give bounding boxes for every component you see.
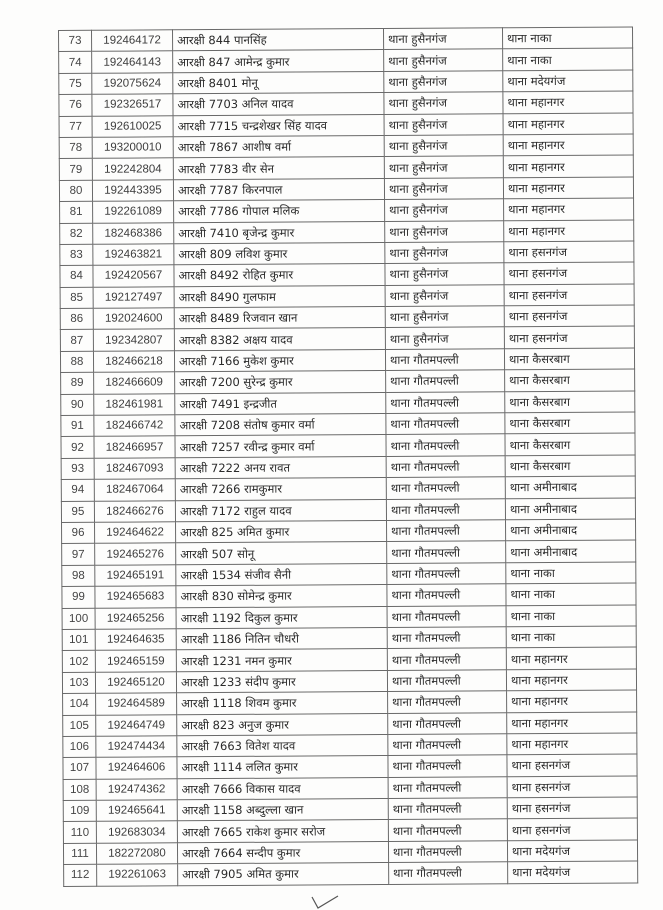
to-station-cell: थाना महानगर [504, 198, 634, 220]
to-station-cell: थाना मदेयगंज [503, 70, 633, 92]
table-row: 79192242804आरक्षी 7783 वीर सेनथाना हुसैन… [59, 155, 633, 180]
serial-number-cell: 78 [59, 137, 92, 159]
to-station-cell: थाना हसनगंज [504, 284, 634, 306]
table-row: 108192474362आरक्षी 7666 विकास यादवथाना ग… [63, 776, 637, 801]
to-station-cell: थाना अमीनाबाद [505, 476, 635, 498]
serial-number-cell: 75 [59, 73, 92, 95]
from-station-cell: थाना गौतमपल्ली [386, 370, 505, 392]
pno-cell: 182466609 [94, 372, 175, 394]
serial-number-cell: 79 [59, 159, 92, 181]
pno-cell: 192465641 [96, 800, 177, 822]
serial-number-cell: 108 [63, 779, 96, 801]
to-station-cell: थाना हसनगंज [507, 797, 637, 819]
to-station-cell: थाना महानगर [506, 647, 636, 669]
constable-name-cell: आरक्षी 7200 सुरेन्द्र कुमार [175, 371, 386, 394]
serial-number-cell: 97 [62, 544, 95, 566]
serial-number-cell: 98 [62, 565, 95, 587]
to-station-cell: थाना हसनगंज [504, 262, 634, 284]
to-station-cell: थाना कैसरबाग [505, 433, 635, 455]
from-station-cell: थाना हुसैनगंज [384, 92, 503, 114]
constable-name-cell: आरक्षी 1158 अब्दुल्ला खान [177, 799, 388, 822]
pno-cell: 192464143 [92, 51, 173, 73]
table-row: 110192683034आरक्षी 7665 राकेश कुमार सरोज… [63, 818, 637, 843]
pno-cell: 192464172 [92, 30, 173, 52]
constable-name-cell: आरक्षी 1114 ललित कुमार [177, 756, 388, 779]
pno-cell: 182272080 [96, 843, 177, 865]
table-row: 103192465120आरक्षी 1233 संदीप कुमारथाना … [62, 669, 636, 694]
table-row: 96192464622आरक्षी 825 अमित कुमारथाना गौत… [62, 519, 636, 544]
to-station-cell: थाना महानगर [507, 690, 637, 712]
constable-name-cell: आरक्षी 825 अमित कुमार [176, 520, 387, 543]
from-station-cell: थाना गौतमपल्ली [387, 605, 506, 627]
transfer-table: 73192464172आरक्षी 844 पानसिंहथाना हुसैनग… [58, 26, 638, 886]
serial-number-cell: 76 [59, 94, 92, 116]
pno-cell: 192127497 [93, 286, 174, 308]
constable-name-cell: आरक्षी 7166 मुकेश कुमार [174, 349, 385, 372]
table-row: 76192326517आरक्षी 7703 अनिल यादवथाना हुस… [59, 91, 633, 116]
from-station-cell: थाना गौतमपल्ली [387, 627, 506, 649]
constable-name-cell: आरक्षी 7410 बृजेन्द्र कुमार [174, 221, 385, 244]
serial-number-cell: 105 [63, 715, 96, 737]
from-station-cell: थाना हुसैनगंज [384, 71, 503, 93]
table-row: 75192075624आरक्षी 8401 मोनूथाना हुसैनगंज… [59, 70, 633, 95]
serial-number-cell: 86 [60, 308, 93, 330]
constable-name-cell: आरक्षी 7172 राहुल यादव [175, 499, 386, 522]
from-station-cell: थाना गौतमपल्ली [386, 456, 505, 478]
pno-cell: 192464606 [96, 757, 177, 779]
constable-name-cell: आरक्षी 7663 वितेश यादव [177, 734, 388, 757]
pno-cell: 182466742 [94, 415, 175, 437]
serial-number-cell: 88 [60, 351, 93, 373]
constable-name-cell: आरक्षी 1186 नितिन चौधरी [176, 627, 387, 650]
to-station-cell: थाना कैसरबाग [505, 412, 635, 434]
serial-number-cell: 104 [63, 693, 96, 715]
constable-name-cell: आरक्षी 7208 संतोष कुमार वर्मा [175, 414, 386, 437]
from-station-cell: थाना हुसैनगंज [385, 284, 504, 306]
constable-name-cell: आरक्षी 1118 शिवम कुमार [177, 692, 388, 715]
to-station-cell: थाना महानगर [503, 113, 633, 135]
table-row: 92182466957आरक्षी 7257 रवीन्द्र कुमार वर… [61, 433, 635, 458]
to-station-cell: थाना कैसरबाग [504, 348, 634, 370]
table-row: 86192024600आरक्षी 8489 रिजवान खानथाना हु… [60, 305, 634, 330]
serial-number-cell: 83 [60, 244, 93, 266]
from-station-cell: थाना हुसैनगंज [383, 28, 502, 50]
constable-name-cell: आरक्षी 7715 चन्द्रशेखर सिंह यादव [173, 114, 384, 137]
to-station-cell: थाना अमीनाबाद [506, 540, 636, 562]
to-station-cell: थाना कैसरबाग [505, 369, 635, 391]
pno-cell: 192474362 [96, 778, 177, 800]
serial-number-cell: 74 [59, 52, 92, 74]
serial-number-cell: 109 [63, 800, 96, 822]
constable-name-cell: आरक्षी 8490 गुलफाम [174, 285, 385, 308]
constable-name-cell: आरक्षी 7867 आशीष वर्मा [173, 135, 384, 158]
pno-cell: 192261063 [97, 864, 178, 886]
constable-name-cell: आरक्षी 7786 गोपाल मलिक [174, 200, 385, 223]
to-station-cell: थाना महानगर [507, 733, 637, 755]
serial-number-cell: 93 [61, 458, 94, 480]
pno-cell: 192242804 [92, 158, 173, 180]
table-row: 99192465683आरक्षी 830 सोमेन्द्र कुमारथान… [62, 583, 636, 608]
constable-name-cell: आरक्षी 8489 रिजवान खान [174, 307, 385, 330]
pno-cell: 192420567 [93, 265, 174, 287]
signature-tick-icon [310, 893, 340, 910]
serial-number-cell: 85 [60, 287, 93, 309]
pno-cell: 182467064 [94, 479, 175, 501]
serial-number-cell: 103 [62, 672, 95, 694]
table-row: 111182272080आरक्षी 7664 सन्दीप कुमारथाना… [63, 840, 637, 865]
table-row: 101192464635आरक्षी 1186 नितिन चौधरीथाना … [62, 626, 636, 651]
table-row: 93182467093आरक्षी 7222 अनय रावतथाना गौतम… [61, 455, 635, 480]
to-station-cell: थाना अमीनाबाद [505, 498, 635, 520]
from-station-cell: थाना गौतमपल्ली [388, 841, 507, 863]
pno-cell: 182466218 [93, 351, 174, 373]
pno-cell: 192683034 [96, 821, 177, 843]
scanned-document-page: 73192464172आरक्षी 844 पानसिंहथाना हुसैनग… [0, 0, 663, 910]
pno-cell: 192024600 [93, 308, 174, 330]
to-station-cell: थाना अमीनाबाद [506, 519, 636, 541]
serial-number-cell: 81 [60, 201, 93, 223]
pno-cell: 192342807 [93, 329, 174, 351]
pno-cell: 192464589 [96, 693, 177, 715]
to-station-cell: थाना नाका [503, 48, 633, 70]
table-row: 81192261089आरक्षी 7786 गोपाल मलिकथाना हु… [60, 198, 634, 223]
from-station-cell: थाना गौतमपल्ली [388, 798, 507, 820]
serial-number-cell: 96 [62, 522, 95, 544]
table-row: 78193200010आरक्षी 7867 आशीष वर्माथाना हु… [59, 134, 633, 159]
from-station-cell: थाना गौतमपल्ली [389, 862, 508, 884]
constable-name-cell: आरक्षी 7222 अनय रावत [175, 456, 386, 479]
pno-cell: 182461981 [94, 393, 175, 415]
constable-name-cell: आरक्षी 507 सोनू [176, 542, 387, 565]
from-station-cell: थाना गौतमपल्ली [388, 734, 507, 756]
to-station-cell: थाना हसनगंज [504, 241, 634, 263]
table-row: 95182466276आरक्षी 7172 राहुल यादवथाना गौ… [61, 498, 635, 523]
serial-number-cell: 110 [63, 822, 96, 844]
from-station-cell: थाना गौतमपल्ली [387, 669, 506, 691]
constable-name-cell: आरक्षी 7664 सन्दीप कुमार [177, 841, 388, 864]
pno-cell: 192465683 [95, 586, 176, 608]
table-row: 104192464589आरक्षी 1118 शिवम कुमारथाना ग… [63, 690, 637, 715]
constable-name-cell: आरक्षी 8401 मोनू [173, 71, 384, 94]
serial-number-cell: 80 [59, 180, 92, 202]
table-row: 87192342807आरक्षी 8382 अक्षय यादवथाना हु… [60, 326, 634, 351]
to-station-cell: थाना महानगर [503, 134, 633, 156]
serial-number-cell: 87 [60, 330, 93, 352]
constable-name-cell: आरक्षी 7257 रवीन्द्र कुमार वर्मा [175, 435, 386, 458]
table-row: 77192610025आरक्षी 7715 चन्द्रशेखर सिंह य… [59, 113, 633, 138]
table-row: 107192464606आरक्षी 1114 ललित कुमारथाना ग… [63, 754, 637, 779]
from-station-cell: थाना गौतमपल्ली [386, 434, 505, 456]
from-station-cell: थाना गौतमपल्ली [388, 776, 507, 798]
from-station-cell: थाना हुसैनगंज [385, 263, 504, 285]
from-station-cell: थाना हुसैनगंज [385, 242, 504, 264]
table-row: 94182467064आरक्षी 7266 रामकुमारथाना गौतम… [61, 476, 635, 501]
constable-name-cell: आरक्षी 809 लविश कुमार [174, 242, 385, 265]
serial-number-cell: 106 [63, 736, 96, 758]
to-station-cell: थाना नाका [502, 27, 632, 49]
pno-cell: 192261089 [93, 201, 174, 223]
to-station-cell: थाना हसनगंज [504, 326, 634, 348]
pno-cell: 192075624 [92, 73, 173, 95]
constable-name-cell: आरक्षी 7666 विकास यादव [177, 777, 388, 800]
table-row: 89182466609आरक्षी 7200 सुरेन्द्र कुमारथा… [61, 369, 635, 394]
serial-number-cell: 111 [63, 843, 96, 865]
constable-name-cell: आरक्षी 7783 वीर सेन [173, 157, 384, 180]
from-station-cell: थाना हुसैनगंज [384, 135, 503, 157]
constable-name-cell: आरक्षी 847 आमेन्द्र कुमार [173, 50, 384, 73]
table-row: 74192464143आरक्षी 847 आमेन्द्र कुमारथाना… [59, 48, 633, 73]
from-station-cell: थाना गौतमपल्ली [385, 349, 504, 371]
pno-cell: 192464622 [95, 522, 176, 544]
table-row: 85192127497आरक्षी 8490 गुलफामथाना हुसैनग… [60, 284, 634, 309]
to-station-cell: थाना नाका [506, 583, 636, 605]
table-row: 102192465159आरक्षी 1231 नमन कुमारथाना गौ… [62, 647, 636, 672]
pno-cell: 182466276 [94, 500, 175, 522]
table-row: 109192465641आरक्षी 1158 अब्दुल्ला खानथान… [63, 797, 637, 822]
constable-name-cell: आरक्षी 844 पानसिंह [173, 29, 384, 52]
to-station-cell: थाना हसनगंज [507, 818, 637, 840]
from-station-cell: थाना गौतमपल्ली [386, 477, 505, 499]
serial-number-cell: 82 [60, 223, 93, 245]
to-station-cell: थाना मदेयगंज [507, 840, 637, 862]
to-station-cell: थाना कैसरबाग [505, 455, 635, 477]
to-station-cell: थाना नाका [506, 562, 636, 584]
serial-number-cell: 84 [60, 266, 93, 288]
pno-cell: 193200010 [92, 137, 173, 159]
from-station-cell: थाना गौतमपल्ली [387, 520, 506, 542]
pno-cell: 192610025 [92, 115, 173, 137]
pno-cell: 182466957 [94, 436, 175, 458]
serial-number-cell: 94 [61, 479, 94, 501]
to-station-cell: थाना कैसरबाग [505, 391, 635, 413]
serial-number-cell: 95 [61, 501, 94, 523]
from-station-cell: थाना हुसैनगंज [385, 199, 504, 221]
from-station-cell: थाना हुसैनगंज [385, 220, 504, 242]
to-station-cell: थाना महानगर [503, 177, 633, 199]
pno-cell: 192326517 [92, 94, 173, 116]
table-row: 97192465276आरक्षी 507 सोनूथाना गौतमपल्ली… [62, 540, 636, 565]
pno-cell: 192463821 [93, 244, 174, 266]
constable-name-cell: आरक्षी 8382 अक्षय यादव [174, 328, 385, 351]
serial-number-cell: 73 [59, 30, 92, 52]
serial-number-cell: 91 [61, 415, 94, 437]
to-station-cell: थाना नाका [506, 626, 636, 648]
constable-name-cell: आरक्षी 7703 अनिल यादव [173, 93, 384, 116]
from-station-cell: थाना हुसैनगंज [385, 306, 504, 328]
to-station-cell: थाना महानगर [506, 669, 636, 691]
serial-number-cell: 89 [61, 373, 94, 395]
from-station-cell: थाना हुसैनगंज [385, 327, 504, 349]
table-row: 91182466742आरक्षी 7208 संतोष कुमार वर्मा… [61, 412, 635, 437]
constable-name-cell: आरक्षी 7266 रामकुमार [175, 478, 386, 501]
from-station-cell: थाना गौतमपल्ली [387, 541, 506, 563]
constable-name-cell: आरक्षी 1534 संजीव सैनी [176, 563, 387, 586]
from-station-cell: थाना गौतमपल्ली [386, 413, 505, 435]
to-station-cell: थाना महानगर [504, 220, 634, 242]
table-row: 100192465256आरक्षी 1192 दिकुल कुमारथाना … [62, 605, 636, 630]
from-station-cell: थाना हुसैनगंज [384, 49, 503, 71]
pno-cell: 192464749 [96, 714, 177, 736]
to-station-cell: थाना हसनगंज [507, 776, 637, 798]
pno-cell: 192465191 [95, 565, 176, 587]
constable-name-cell: आरक्षी 7491 इन्द्रजीत [175, 392, 386, 415]
constable-name-cell: आरक्षी 1233 संदीप कुमार [176, 670, 387, 693]
serial-number-cell: 99 [62, 586, 95, 608]
from-station-cell: थाना गौतमपल्ली [388, 691, 507, 713]
serial-number-cell: 90 [61, 394, 94, 416]
pno-cell: 182468386 [93, 222, 174, 244]
to-station-cell: थाना मदेयगंज [508, 861, 638, 883]
constable-name-cell: आरक्षी 1192 दिकुल कुमार [176, 606, 387, 629]
constable-name-cell: आरक्षी 7905 अमित कुमार [178, 863, 389, 886]
from-station-cell: थाना गौतमपल्ली [387, 584, 506, 606]
to-station-cell: थाना महानगर [507, 711, 637, 733]
table-row: 88182466218आरक्षी 7166 मुकेश कुमारथाना ग… [60, 348, 634, 373]
from-station-cell: थाना गौतमपल्ली [388, 755, 507, 777]
pno-cell: 192465256 [95, 607, 176, 629]
serial-number-cell: 101 [62, 629, 95, 651]
table-row: 105192464749आरक्षी 823 अनुज कुमारथाना गौ… [63, 711, 637, 736]
pno-cell: 192443395 [92, 180, 173, 202]
constable-name-cell: आरक्षी 7787 किरनपाल [173, 178, 384, 201]
pno-cell: 192465120 [95, 672, 176, 694]
serial-number-cell: 102 [62, 651, 95, 673]
table-row: 90182461981आरक्षी 7491 इन्द्रजीतथाना गौत… [61, 391, 635, 416]
pno-cell: 192465276 [95, 543, 176, 565]
table-row: 84192420567आरक्षी 8492 रोहित कुमारथाना ह… [60, 262, 634, 287]
pno-cell: 192465159 [95, 650, 176, 672]
table-row: 106192474434आरक्षी 7663 वितेश यादवथाना ग… [63, 733, 637, 758]
from-station-cell: थाना गौतमपल्ली [387, 648, 506, 670]
from-station-cell: थाना हुसैनगंज [384, 156, 503, 178]
from-station-cell: थाना हुसैनगंज [384, 113, 503, 135]
serial-number-cell: 107 [63, 758, 96, 780]
constable-name-cell: आरक्षी 830 सोमेन्द्र कुमार [176, 585, 387, 608]
serial-number-cell: 112 [64, 865, 97, 887]
table-row: 98192465191आरक्षी 1534 संजीव सैनीथाना गौ… [62, 562, 636, 587]
pno-cell: 182467093 [94, 458, 175, 480]
from-station-cell: थाना गौतमपल्ली [386, 498, 505, 520]
from-station-cell: थाना गौतमपल्ली [388, 712, 507, 734]
constable-name-cell: आरक्षी 7665 राकेश कुमार सरोज [177, 820, 388, 843]
table-row: 83192463821आरक्षी 809 लविश कुमारथाना हुस… [60, 241, 634, 266]
table-row: 82182468386आरक्षी 7410 बृजेन्द्र कुमारथा… [60, 220, 634, 245]
serial-number-cell: 77 [59, 116, 92, 138]
transfer-table-body: 73192464172आरक्षी 844 पानसिंहथाना हुसैनग… [59, 27, 638, 886]
constable-name-cell: आरक्षी 8492 रोहित कुमार [174, 264, 385, 287]
pno-cell: 192464635 [95, 629, 176, 651]
from-station-cell: थाना हुसैनगंज [384, 178, 503, 200]
table-row: 80192443395आरक्षी 7787 किरनपालथाना हुसैन… [59, 177, 633, 202]
table-row: 112192261063आरक्षी 7905 अमित कुमारथाना ग… [64, 861, 638, 886]
constable-name-cell: आरक्षी 1231 नमन कुमार [176, 649, 387, 672]
to-station-cell: थाना महानगर [503, 155, 633, 177]
to-station-cell: थाना नाका [506, 605, 636, 627]
serial-number-cell: 92 [61, 437, 94, 459]
to-station-cell: थाना हसनगंज [504, 305, 634, 327]
to-station-cell: थाना महानगर [503, 91, 633, 113]
serial-number-cell: 100 [62, 608, 95, 630]
from-station-cell: थाना गौतमपल्ली [386, 391, 505, 413]
pno-cell: 192474434 [96, 736, 177, 758]
from-station-cell: थाना गौतमपल्ली [387, 563, 506, 585]
constable-name-cell: आरक्षी 823 अनुज कुमार [177, 713, 388, 736]
table-row: 73192464172आरक्षी 844 पानसिंहथाना हुसैनग… [59, 27, 633, 52]
to-station-cell: थाना हसनगंज [507, 754, 637, 776]
from-station-cell: थाना गौतमपल्ली [388, 819, 507, 841]
